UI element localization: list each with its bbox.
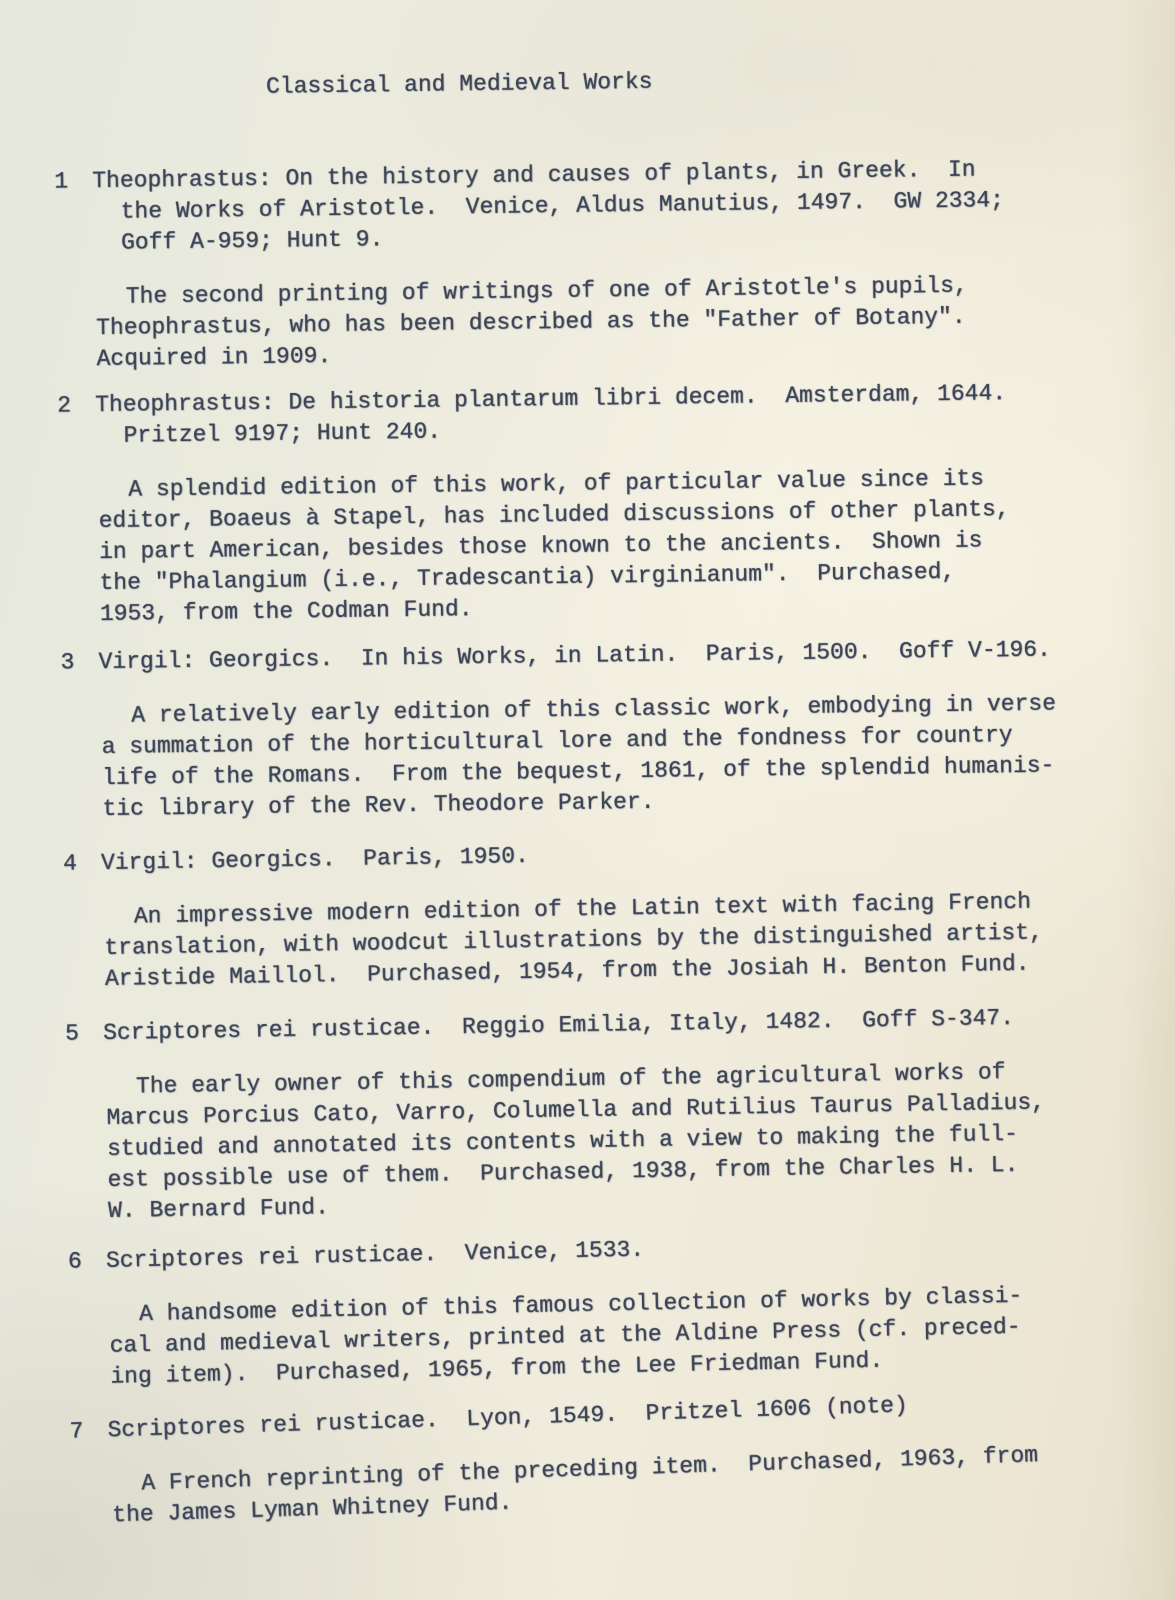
entry-annotation: A relatively early edition of this class…	[101, 687, 1175, 825]
entry-heading-lines: Theophrastus: On the history and causes …	[92, 152, 1175, 259]
entry-number: 3	[60, 647, 98, 678]
entry-heading-line: Virgil: Georgics. In his Works, in Latin…	[98, 633, 1175, 678]
entry-number: 5	[65, 1018, 104, 1050]
entry-heading-line: Virgil: Georgics. Paris, 1950.	[101, 830, 1175, 879]
entry-heading: 6 Scriptores rei rusticae. Venice, 1533.	[68, 1223, 1175, 1278]
entry-heading-lines: Theophrastus: De historia plantarum libr…	[95, 376, 1175, 452]
entry-heading: 1 Theophrastus: On the history and cause…	[54, 152, 1175, 260]
entry-heading-lines: Scriptores rei rusticae. Reggio Emilia, …	[103, 1000, 1175, 1049]
entry-heading: 3 Virgil: Georgics. In his Works, in Lat…	[60, 633, 1175, 679]
entry-annotation: A handsome edition of this famous collec…	[109, 1277, 1175, 1393]
typewritten-content: Classical and Medieval Works 1 Theophras…	[0, 0, 1175, 1533]
entry-heading-line: Scriptores rei rusticae. Reggio Emilia, …	[103, 1000, 1175, 1049]
catalog-entry-3: 3 Virgil: Georgics. In his Works, in Lat…	[60, 633, 1175, 826]
entry-heading: 5 Scriptores rei rusticae. Reggio Emilia…	[65, 1000, 1175, 1050]
page-title: Classical and Medieval Works	[266, 60, 1175, 103]
entry-annotation: An impressive modern edition of the Lati…	[104, 884, 1175, 995]
entry-number: 1	[54, 166, 92, 197]
entry-heading: 4 Virgil: Georgics. Paris, 1950.	[63, 830, 1175, 880]
entry-annotation: The second printing of writings of one o…	[96, 268, 1175, 375]
catalog-entry-1: 1 Theophrastus: On the history and cause…	[54, 152, 1175, 376]
entry-number: 2	[57, 390, 95, 421]
catalog-entry-6: 6 Scriptores rei rusticae. Venice, 1533.…	[68, 1223, 1175, 1393]
entry-heading-lines: Virgil: Georgics. In his Works, in Latin…	[98, 633, 1175, 678]
entry-number: 4	[63, 848, 102, 880]
entry-heading-line: Scriptores rei rusticae. Venice, 1533.	[106, 1223, 1175, 1277]
entry-number: 7	[69, 1415, 108, 1447]
entry-annotation: A splendid edition of this work, of part…	[98, 461, 1175, 630]
catalog-entry-4: 4 Virgil: Georgics. Paris, 1950. An impr…	[63, 830, 1175, 996]
entry-heading: 7 Scriptores rei rusticae. Lyon, 1549. P…	[69, 1381, 1175, 1447]
catalog-entry-5: 5 Scriptores rei rusticae. Reggio Emilia…	[65, 1000, 1175, 1228]
entry-heading-lines: Scriptores rei rusticae. Lyon, 1549. Pri…	[107, 1381, 1175, 1446]
catalog-entry-7: 7 Scriptores rei rusticae. Lyon, 1549. P…	[69, 1381, 1175, 1532]
document-page: Classical and Medieval Works 1 Theophras…	[0, 0, 1175, 1600]
entry-heading-lines: Virgil: Georgics. Paris, 1950.	[101, 830, 1175, 879]
entry-heading-line: Scriptores rei rusticae. Lyon, 1549. Pri…	[107, 1381, 1175, 1446]
catalog-entry-2: 2 Theophrastus: De historia plantarum li…	[57, 376, 1175, 631]
entry-number: 6	[68, 1246, 107, 1278]
entry-heading: 2 Theophrastus: De historia plantarum li…	[57, 376, 1175, 453]
entry-annotation: A French reprinting of the preceding ite…	[111, 1435, 1175, 1531]
entry-annotation: The early owner of this compendium of th…	[106, 1054, 1175, 1227]
entry-heading-lines: Scriptores rei rusticae. Venice, 1533.	[106, 1223, 1175, 1277]
